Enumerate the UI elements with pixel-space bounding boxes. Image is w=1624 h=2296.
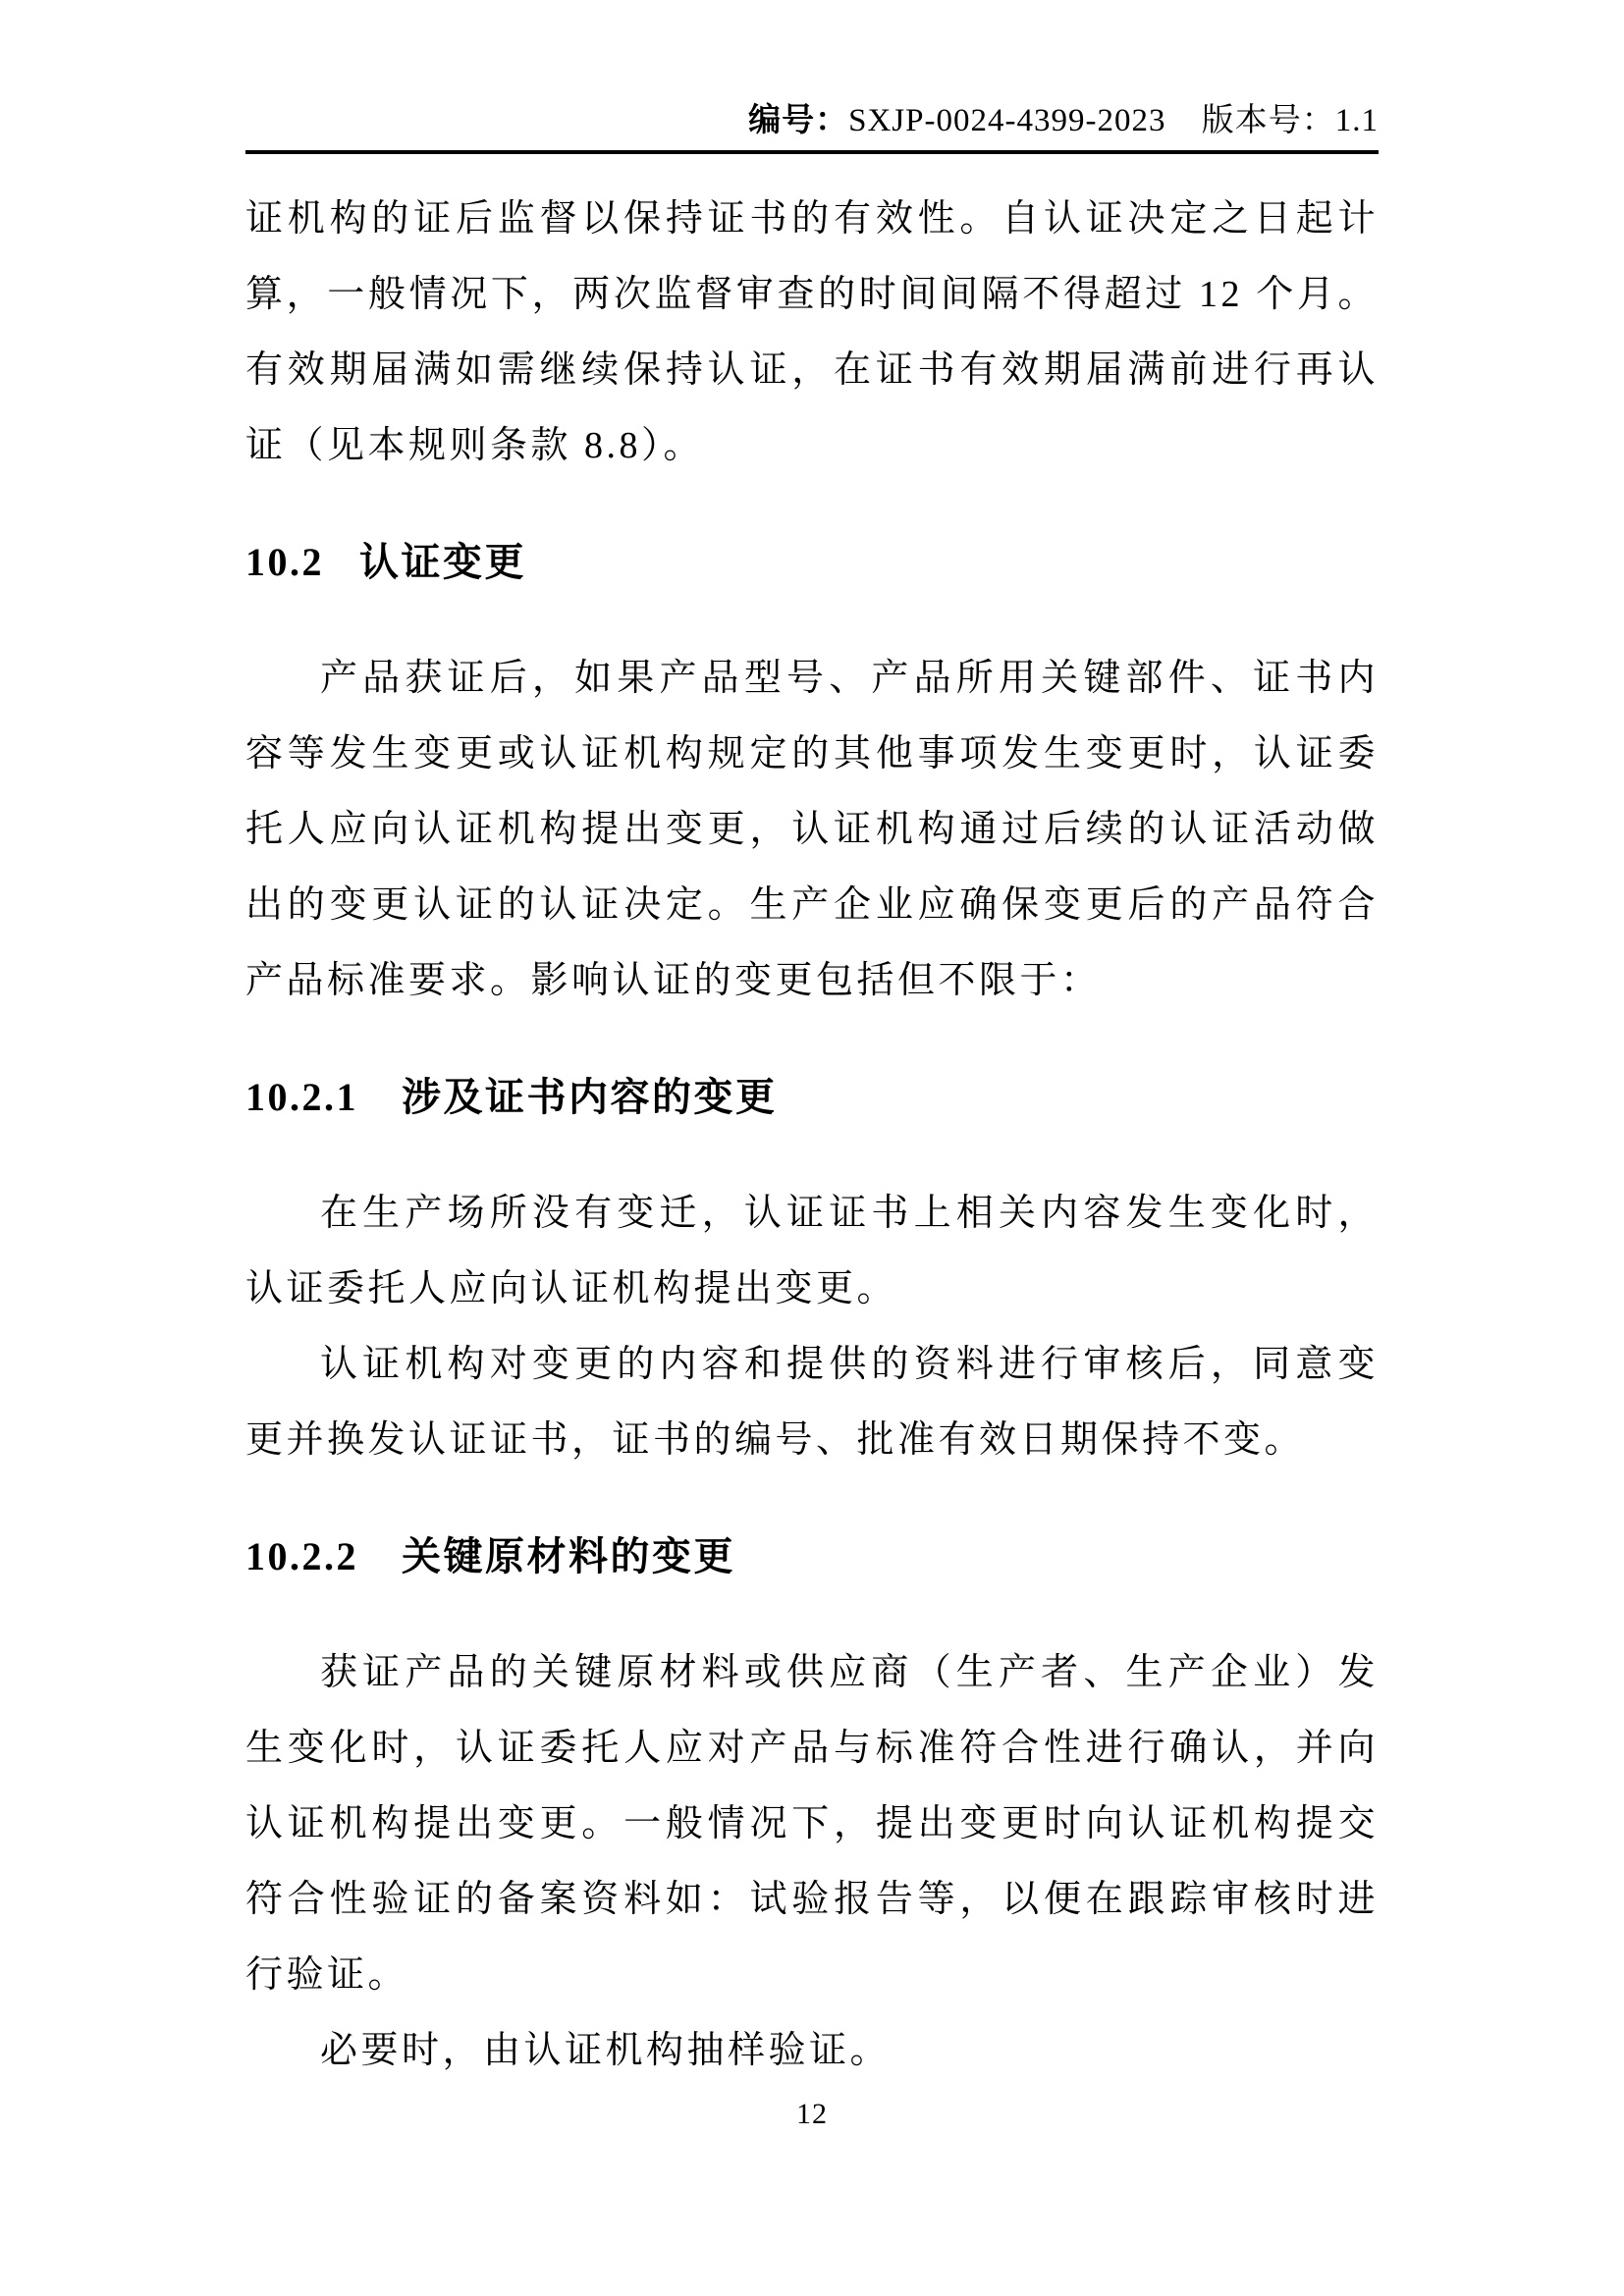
heading-title: 认证变更 (359, 540, 526, 584)
page-header: 编号：SXJP-0024-4399-2023版本号：1.1 (245, 0, 1379, 154)
document-page: 编号：SXJP-0024-4399-2023版本号：1.1 证机构的证后监督以保… (0, 0, 1624, 2296)
doc-number-label: 编号： (748, 103, 848, 138)
paragraph: 在生产场所没有变迁，认证证书上相关内容发生变化时，认证委托人应向认证机构提出变更… (245, 1176, 1379, 1327)
heading-title: 涉及证书内容的变更 (402, 1075, 778, 1119)
paragraph: 必要时，由认证机构抽样验证。 (245, 2013, 1379, 2089)
page-footer: 12 (0, 2098, 1624, 2131)
page-number: 12 (796, 2098, 828, 2130)
heading-title: 关键原材料的变更 (402, 1534, 735, 1578)
paragraph: 获证产品的关键原材料或供应商（生产者、生产企业）发生变化时，认证委托人应对产品与… (245, 1635, 1379, 2013)
doc-number-value: SXJP-0024-4399-2023 (848, 103, 1165, 138)
paragraph: 认证机构对变更的内容和提供的资料进行审核后，同意变更并换发认证证书，证书的编号、… (245, 1327, 1379, 1478)
heading-number: 10.2 (245, 540, 324, 584)
paragraph-continuation: 证机构的证后监督以保持证书的有效性。自认证决定之日起计算，一般情况下，两次监督审… (245, 182, 1379, 484)
heading-number: 10.2.1 (245, 1075, 358, 1119)
section-heading-10-2: 10.2认证变更 (245, 539, 1379, 586)
section-heading-10-2-2: 10.2.2关键原材料的变更 (245, 1533, 1379, 1580)
version-value: 1.1 (1335, 103, 1379, 138)
section-heading-10-2-1: 10.2.1涉及证书内容的变更 (245, 1074, 1379, 1121)
document-body: 证机构的证后监督以保持证书的有效性。自认证决定之日起计算，一般情况下，两次监督审… (245, 154, 1379, 2089)
version-label: 版本号： (1202, 103, 1335, 138)
heading-number: 10.2.2 (245, 1534, 358, 1578)
paragraph: 产品获证后，如果产品型号、产品所用关键部件、证书内容等发生变更或认证机构规定的其… (245, 641, 1379, 1019)
